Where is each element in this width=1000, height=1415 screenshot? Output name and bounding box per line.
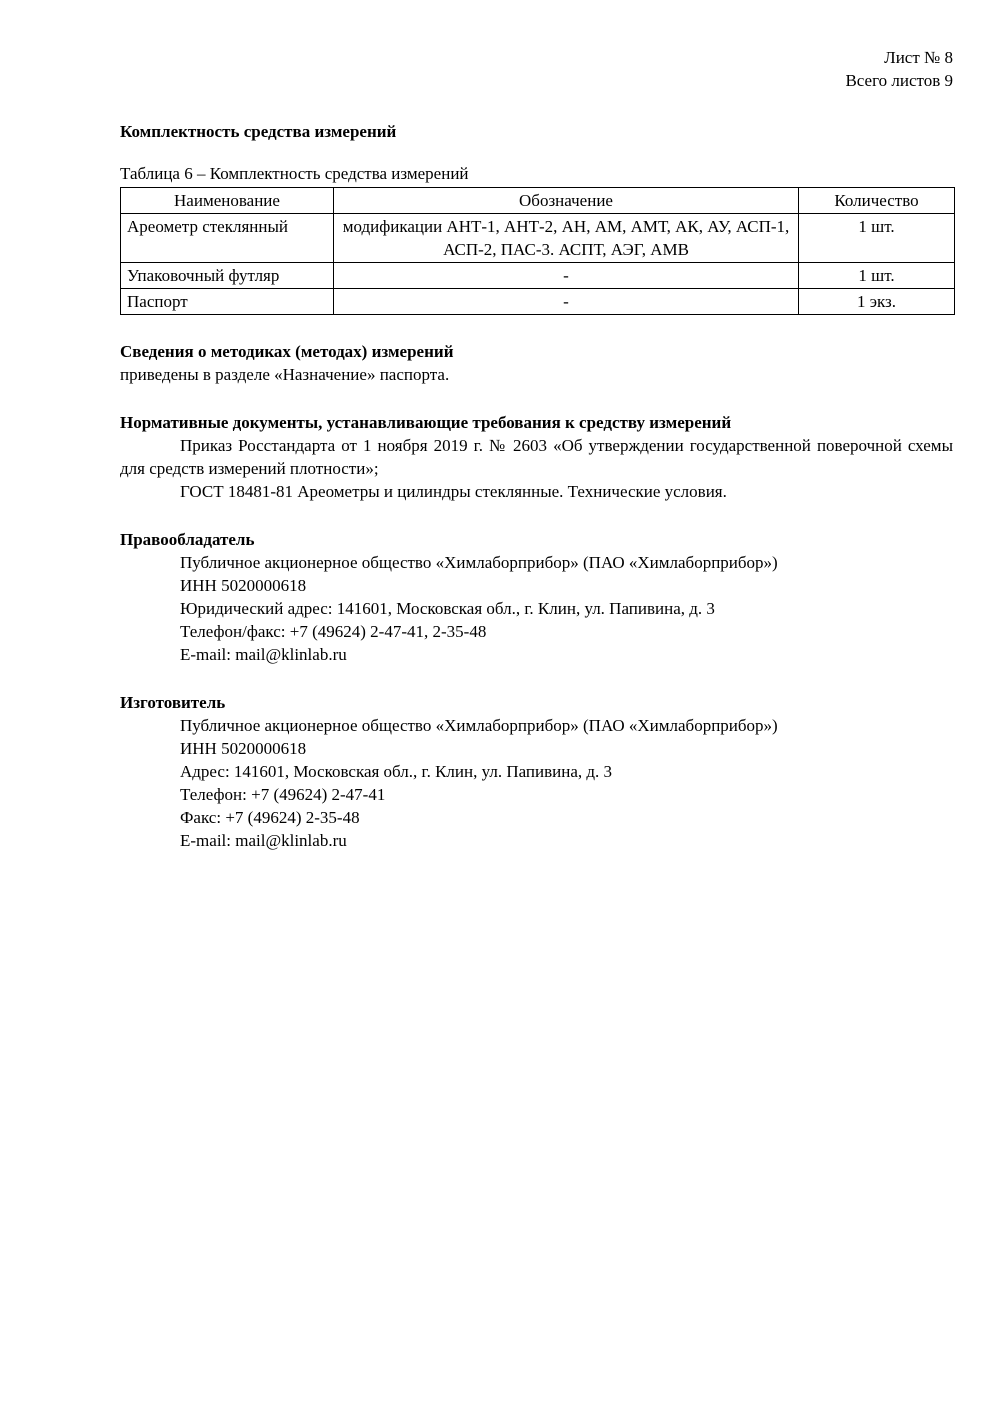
table-caption: Таблица 6 – Комплектность средства измер…	[120, 162, 953, 185]
rights-holder-section: Правообладатель Публичное акционерное об…	[120, 528, 953, 666]
manufacturer-phone: Телефон: +7 (49624) 2-47-41	[120, 783, 953, 806]
table-row: Паспорт - 1 экз.	[121, 289, 955, 315]
manufacturer-fax: Факс: +7 (49624) 2-35-48	[120, 806, 953, 829]
manufacturer-address: Адрес: 141601, Московская обл., г. Клин,…	[120, 760, 953, 783]
manufacturer-company: Публичное акционерное общество «Химлабор…	[120, 714, 953, 737]
cell-quantity: 1 экз.	[799, 289, 955, 315]
column-header-name: Наименование	[121, 188, 334, 214]
cell-designation: модификации АНТ-1, АНТ-2, АН, АМ, АМТ, А…	[334, 214, 799, 263]
normative-paragraph: Приказ Росстандарта от 1 ноября 2019 г. …	[120, 434, 953, 480]
table-header-row: Наименование Обозначение Количество	[121, 188, 955, 214]
normative-paragraph: ГОСТ 18481-81 Ареометры и цилиндры стекл…	[120, 480, 953, 503]
total-sheets: Всего листов 9	[120, 69, 953, 92]
document-page: Лист № 8 Всего листов 9 Комплектность ср…	[0, 0, 1000, 1415]
cell-quantity: 1 шт.	[799, 263, 955, 289]
manufacturer-inn: ИНН 5020000618	[120, 737, 953, 760]
cell-quantity: 1 шт.	[799, 214, 955, 263]
manufacturer-title: Изготовитель	[120, 691, 953, 714]
rights-holder-title: Правообладатель	[120, 528, 953, 551]
rights-holder-inn: ИНН 5020000618	[120, 574, 953, 597]
completeness-table: Наименование Обозначение Количество Арео…	[120, 187, 955, 315]
normative-title: Нормативные документы, устанавливающие т…	[120, 411, 953, 434]
table-row: Ареометр стеклянный модификации АНТ-1, А…	[121, 214, 955, 263]
manufacturer-section: Изготовитель Публичное акционерное общес…	[120, 691, 953, 852]
rights-holder-email: E-mail: mail@klinlab.ru	[120, 643, 953, 666]
normative-section: Нормативные документы, устанавливающие т…	[120, 411, 953, 503]
manufacturer-email: E-mail: mail@klinlab.ru	[120, 829, 953, 852]
cell-name: Паспорт	[121, 289, 334, 315]
page-header: Лист № 8 Всего листов 9	[120, 46, 953, 92]
methods-body: приведены в разделе «Назначение» паспорт…	[120, 363, 953, 386]
rights-holder-phone: Телефон/факс: +7 (49624) 2-47-41, 2-35-4…	[120, 620, 953, 643]
rights-holder-company: Публичное акционерное общество «Химлабор…	[120, 551, 953, 574]
cell-designation: -	[334, 263, 799, 289]
cell-name: Упаковочный футляр	[121, 263, 334, 289]
table-row: Упаковочный футляр - 1 шт.	[121, 263, 955, 289]
column-header-quantity: Количество	[799, 188, 955, 214]
cell-name: Ареометр стеклянный	[121, 214, 334, 263]
methods-section: Сведения о методиках (методах) измерений…	[120, 340, 953, 386]
methods-title: Сведения о методиках (методах) измерений	[120, 340, 953, 363]
cell-designation: -	[334, 289, 799, 315]
blank-area	[120, 852, 953, 853]
rights-holder-address: Юридический адрес: 141601, Московская об…	[120, 597, 953, 620]
sheet-number: Лист № 8	[120, 46, 953, 69]
column-header-designation: Обозначение	[334, 188, 799, 214]
completeness-title: Комплектность средства измерений	[120, 120, 953, 143]
